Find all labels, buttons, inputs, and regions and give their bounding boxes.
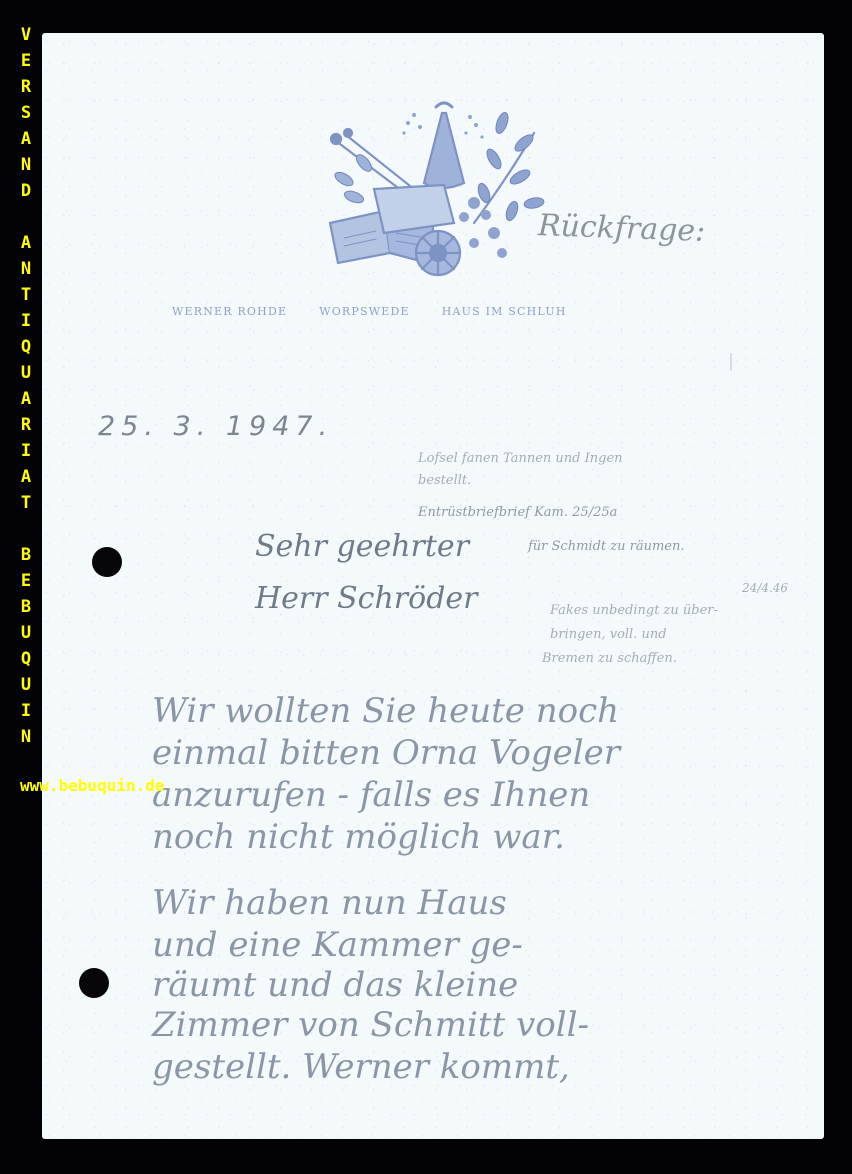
letterhead-house: HAUS IM SCHLUH <box>442 305 567 318</box>
banner-letter: E <box>14 568 38 594</box>
banner-letter: A <box>14 386 38 412</box>
margin-annotation: für Schmidt zu räumen. <box>528 539 684 554</box>
letterhead-address: WERNER ROHDE WORPSWEDE HAUS IM SCHLUH <box>172 305 712 318</box>
banner-letter: E <box>14 48 38 74</box>
margin-annotation: Bremen zu schaffen. <box>542 651 677 666</box>
body-line: räumt und das kleine <box>152 965 518 1005</box>
letterhead-emblem-icon <box>324 93 554 283</box>
body-line: Wir wollten Sie heute noch <box>152 691 619 731</box>
banner-letter: B <box>14 594 38 620</box>
banner-letter: S <box>14 100 38 126</box>
punch-hole-lower <box>79 968 109 998</box>
body-line: Wir haben nun Haus <box>152 883 507 923</box>
salutation-line-1: Sehr geehrter <box>255 529 469 564</box>
banner-letter: I <box>14 698 38 724</box>
punch-hole-upper <box>92 547 122 577</box>
vertical-watermark-banner: VERSANDANTIQUARIATBEBUQUIN <box>14 22 38 750</box>
letter-date: 25. 3. 1947. <box>98 411 333 442</box>
banner-letter: T <box>14 282 38 308</box>
banner-letter: T <box>14 490 38 516</box>
body-line: einmal bitten Orna Vogeler <box>152 733 620 773</box>
pencil-note-rueckfrage: Rückfrage: <box>537 208 705 249</box>
banner-letter: R <box>14 412 38 438</box>
banner-letter: N <box>14 724 38 750</box>
banner-letter: I <box>14 438 38 464</box>
website-watermark: www.bebuquin.de <box>20 776 165 795</box>
body-line: noch nicht möglich war. <box>152 817 565 857</box>
body-line: Zimmer von Schmitt voll- <box>152 1005 589 1045</box>
letterhead-name: WERNER ROHDE <box>172 305 287 318</box>
margin-annotation: Lofsel fanen Tannen und Ingen <box>418 451 623 466</box>
banner-gap <box>14 516 38 542</box>
body-line: anzurufen - falls es Ihnen <box>152 775 590 815</box>
banner-letter: U <box>14 672 38 698</box>
body-line: gestellt. Werner kommt, <box>152 1047 570 1087</box>
banner-gap <box>14 204 38 230</box>
margin-annotation-date: 24/4.46 <box>742 581 788 595</box>
banner-letter: A <box>14 126 38 152</box>
pencil-mark <box>730 353 732 371</box>
body-line: und eine Kammer ge- <box>152 925 523 965</box>
letterhead-town: WORPSWEDE <box>319 305 410 318</box>
banner-letter: N <box>14 256 38 282</box>
margin-annotation: bringen, voll. und <box>550 627 667 642</box>
letter-sheet: WERNER ROHDE WORPSWEDE HAUS IM SCHLUH Rü… <box>42 33 824 1139</box>
banner-letter: N <box>14 152 38 178</box>
margin-annotation: bestellt. <box>418 473 471 488</box>
banner-letter: V <box>14 22 38 48</box>
salutation-line-2: Herr Schröder <box>255 581 478 616</box>
margin-annotation: Entrüstbriefbrief Kam. 25/25a <box>418 505 617 520</box>
banner-letter: B <box>14 542 38 568</box>
banner-letter: Q <box>14 646 38 672</box>
banner-letter: D <box>14 178 38 204</box>
banner-letter: A <box>14 464 38 490</box>
banner-letter: U <box>14 620 38 646</box>
banner-letter: Q <box>14 334 38 360</box>
banner-letter: I <box>14 308 38 334</box>
banner-letter: A <box>14 230 38 256</box>
banner-letter: R <box>14 74 38 100</box>
banner-letter: U <box>14 360 38 386</box>
margin-annotation: Fakes unbedingt zu über- <box>550 603 718 618</box>
